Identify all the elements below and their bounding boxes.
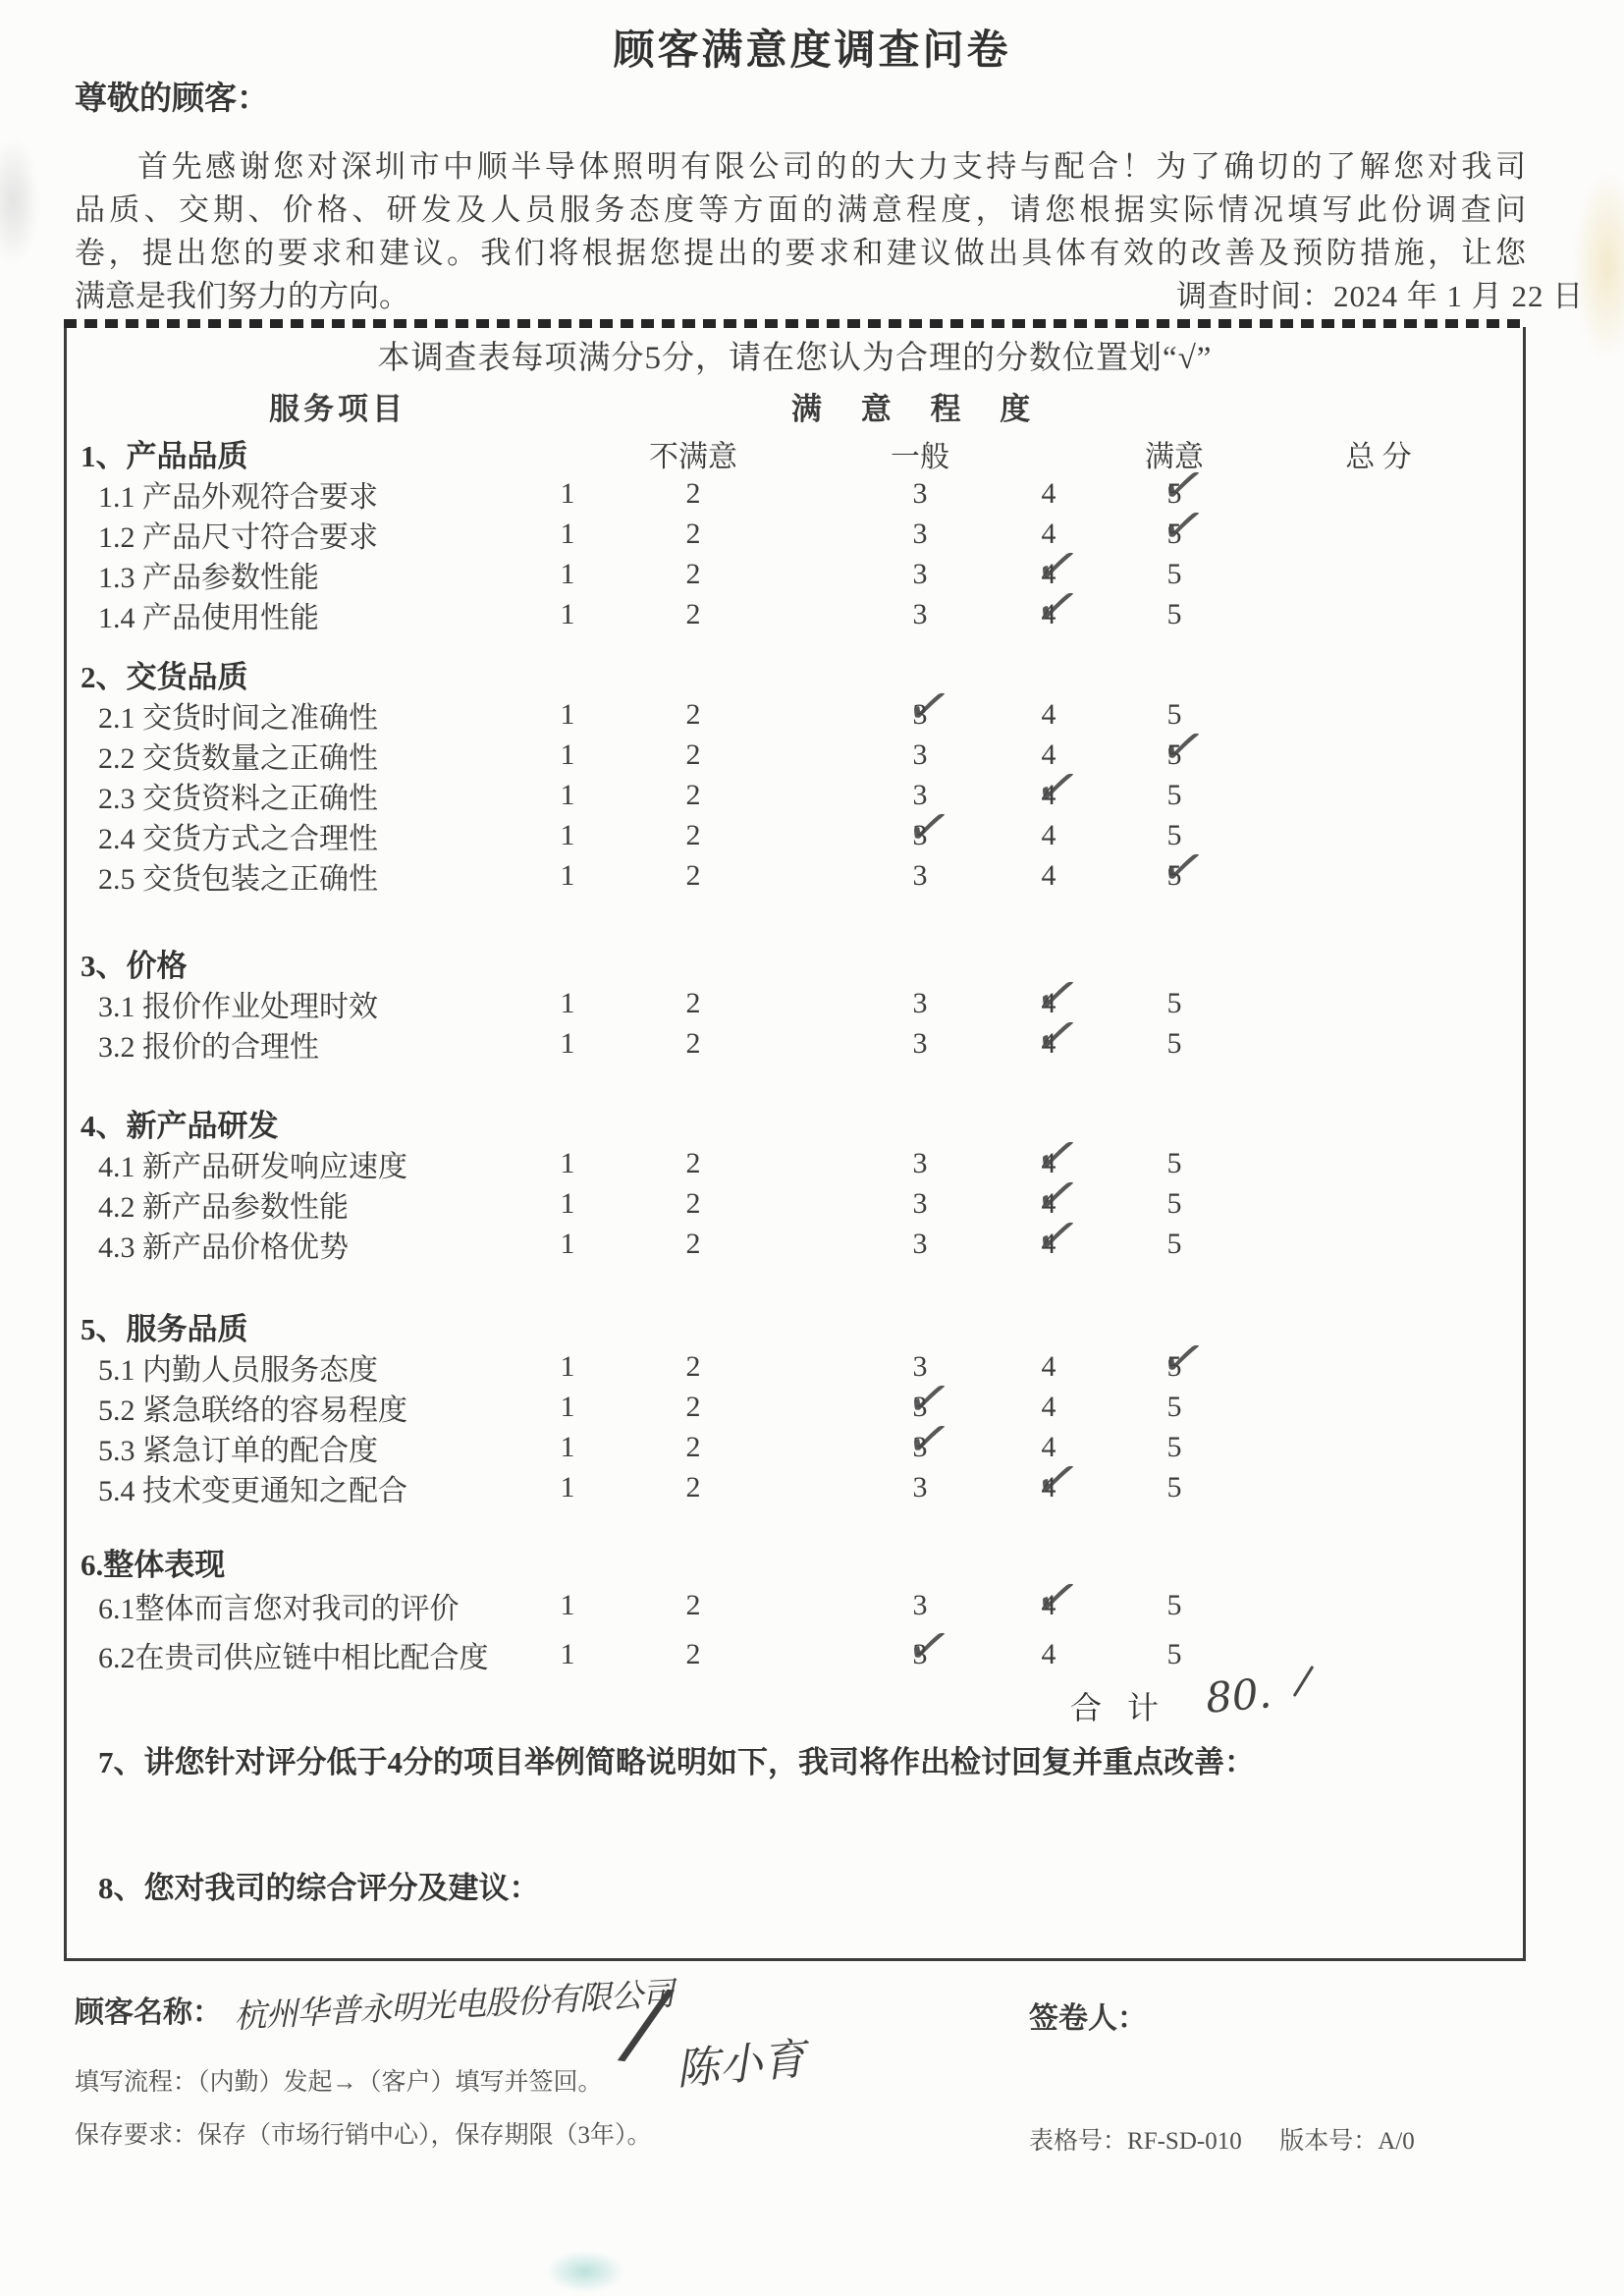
- score-cell: 2: [630, 518, 756, 551]
- score-number: 3: [913, 1147, 928, 1179]
- score-cell: 1: [505, 987, 630, 1020]
- column-label-neutral: 一般: [857, 432, 983, 475]
- score-cell: 1: [505, 598, 630, 631]
- score-cell: 4: [983, 1431, 1114, 1464]
- score-cell: 4✓: [983, 987, 1114, 1020]
- score-number: 2: [686, 1471, 701, 1503]
- scanned-survey-document: 顾客满意度调查问卷 尊敬的顾客： 首先感谢您对深圳市中顺半导体照明有限公司的的大…: [0, 0, 1624, 2296]
- score-number: 5: [1167, 1471, 1182, 1503]
- score-cell: 1: [505, 738, 630, 772]
- score-cell: 2: [630, 598, 756, 631]
- intro-line: 品质、交期、价格、研发及人员服务态度等方面的满意程度，请您根据实际情况填写此份调…: [75, 189, 1526, 232]
- score-number: 2: [686, 819, 701, 851]
- total-value-handwritten: 80.: [1204, 1668, 1273, 1722]
- score-number: 2: [686, 1350, 701, 1383]
- score-cell: 1: [505, 859, 630, 893]
- survey-section: 4、新产品研发4.1 新产品研发响应速度1234✓54.2 新产品参数性能123…: [67, 1101, 1523, 1263]
- score-number: 4: [1042, 738, 1056, 771]
- perforated-top-border: [64, 319, 1526, 328]
- score-cell: 4: [983, 698, 1114, 732]
- score-row: 5.1 内勤人员服务态度12345✓: [67, 1345, 1523, 1386]
- score-number: 1: [561, 1350, 575, 1383]
- score-cell: 3✓: [857, 819, 983, 852]
- score-row: 2.1 交货时间之准确性123✓45: [67, 693, 1523, 734]
- score-cell: 5✓: [1114, 859, 1234, 893]
- score-number: 5: [1167, 1391, 1182, 1423]
- score-cell: 4: [983, 1350, 1114, 1384]
- score-cell: 2: [630, 859, 756, 893]
- score-cell: 1: [505, 1187, 630, 1221]
- score-number: 3: [913, 1471, 928, 1503]
- score-row: 4.1 新产品研发响应速度1234✓5: [67, 1142, 1523, 1182]
- score-cell: 5: [1114, 779, 1234, 812]
- page-title: 顾客满意度调查问卷: [0, 18, 1624, 77]
- scan-smudge: [0, 137, 39, 265]
- score-cell: 2: [630, 987, 756, 1020]
- total-label: 合计: [1070, 1683, 1184, 1728]
- score-number: 5: [1167, 1027, 1182, 1060]
- score-number: 4: [1042, 1228, 1056, 1260]
- score-number: 5: [1167, 819, 1182, 851]
- score-number: 5: [1167, 987, 1182, 1019]
- section-title: 5、服务品质: [67, 1304, 505, 1348]
- section-title: 1、产品品质: [67, 431, 505, 475]
- score-number: 3: [913, 1228, 928, 1260]
- score-cell: 1: [505, 1228, 630, 1261]
- retention-label: 保存要求：: [75, 2122, 197, 2149]
- section-header-row: 1、产品品质不满意一般满意总 分: [67, 431, 1523, 472]
- score-number: 4: [1042, 1027, 1056, 1060]
- score-cell: 3✓: [857, 698, 983, 732]
- score-number: 5: [1167, 779, 1182, 811]
- table-instruction: 本调查表每项满分5分，请在您认为合理的分数位置划“√”: [67, 337, 1523, 380]
- score-cell: 1: [505, 1638, 630, 1671]
- score-row: 5.3 紧急订单的配合度123✓45: [67, 1426, 1523, 1466]
- score-cell: 3: [857, 598, 983, 631]
- score-cell: 5: [1114, 558, 1234, 591]
- score-number: 5: [1167, 558, 1182, 590]
- score-cell: 5: [1114, 987, 1234, 1020]
- intro-line: 卷，提出您的要求和建议。我们将根据您提出的要求和建议做出具体有效的改善及预防措施…: [75, 232, 1526, 275]
- score-number: 4: [1042, 477, 1056, 510]
- score-number: 3: [913, 1589, 928, 1621]
- score-cell: 1: [505, 1027, 630, 1061]
- score-number: 3: [913, 738, 928, 771]
- question-7: 7、讲您针对评分低于4分的项目举例简略说明如下，我司将作出检讨回复并重点改善：: [67, 1738, 1523, 1779]
- score-cell: 3: [857, 1187, 983, 1221]
- score-cell: 2: [630, 1147, 756, 1180]
- score-number: 2: [686, 1638, 701, 1670]
- item-label: 2.2 交货数量之正确性: [67, 734, 505, 777]
- intro-line: 满意是我们努力的方向。 调查时间：2024 年 1 月 22 日: [75, 275, 1526, 318]
- item-label: 5.3 紧急订单的配合度: [67, 1426, 505, 1469]
- score-row: 4.3 新产品价格优势1234✓5: [67, 1223, 1523, 1263]
- score-row: 5.4 技术变更通知之配合1234✓5: [67, 1466, 1523, 1506]
- score-cell: 2: [630, 698, 756, 732]
- score-number: 3: [913, 1350, 928, 1383]
- score-number: 1: [561, 558, 575, 590]
- form-number-line: 表格号：RF-SD-010 版本号：A/0: [1029, 2121, 1415, 2157]
- score-cell: 2: [630, 1187, 756, 1221]
- item-label: 3.1 报价作业处理时效: [67, 982, 505, 1025]
- score-cell: 1: [505, 1391, 630, 1424]
- score-cell: 3: [857, 1589, 983, 1622]
- item-label: 1.2 产品尺寸符合要求: [67, 513, 505, 556]
- score-number: 2: [686, 859, 701, 892]
- score-cell: 5: [1114, 1187, 1234, 1221]
- score-cell: 5: [1114, 1471, 1234, 1504]
- score-number: 1: [561, 698, 575, 731]
- score-cell: 4✓: [983, 779, 1114, 812]
- score-cell: 3✓: [857, 1391, 983, 1424]
- score-cell: 5: [1114, 1147, 1234, 1180]
- score-cell: 4✓: [983, 1147, 1114, 1180]
- score-number: 3: [913, 598, 928, 630]
- score-number: 4: [1042, 819, 1056, 851]
- score-cell: 5✓: [1114, 477, 1234, 511]
- score-cell: 4✓: [983, 598, 1114, 631]
- score-number: 5: [1167, 1228, 1182, 1260]
- score-cell: 1: [505, 1471, 630, 1504]
- score-cell: 4: [983, 738, 1114, 772]
- score-cell: 3: [857, 738, 983, 772]
- score-number: 2: [686, 1431, 701, 1463]
- score-number: 2: [686, 598, 701, 630]
- score-cell: 1: [505, 477, 630, 511]
- score-number: 2: [686, 698, 701, 731]
- score-cell: 3: [857, 1471, 983, 1504]
- survey-section: 3、价格3.1 报价作业处理时效1234✓53.2 报价的合理性1234✓5: [67, 941, 1523, 1063]
- score-cell: 5: [1114, 1431, 1234, 1464]
- score-row: 2.3 交货资料之正确性1234✓5: [67, 774, 1523, 814]
- fill-process-line: 填写流程：（内勤）发起→（客户）填写并签回。: [75, 2062, 603, 2098]
- score-row: 1.4 产品使用性能1234✓5: [67, 593, 1523, 633]
- item-label: 1.3 产品参数性能: [67, 553, 505, 596]
- score-number: 2: [686, 1027, 701, 1060]
- score-number: 1: [561, 1471, 575, 1503]
- score-cell: 4✓: [983, 558, 1114, 591]
- score-cell: 5: [1114, 1228, 1234, 1261]
- score-cell: 4: [983, 1391, 1114, 1424]
- column-label-total: 总 分: [1234, 432, 1523, 475]
- form-no-value: RF-SD-010: [1127, 2128, 1242, 2155]
- score-number: 3: [913, 698, 928, 731]
- score-number: 4: [1042, 1589, 1056, 1621]
- score-cell: 3✓: [857, 1638, 983, 1671]
- item-label: 2.3 交货资料之正确性: [67, 774, 505, 817]
- score-cell: 2: [630, 738, 756, 772]
- score-number: 4: [1042, 1638, 1056, 1670]
- salutation: 尊敬的顾客：: [75, 73, 269, 119]
- score-cell: 3: [857, 779, 983, 812]
- section-title: 6.整体表现: [67, 1540, 505, 1584]
- item-label: 5.1 内勤人员服务态度: [67, 1345, 505, 1389]
- column-label-dissatisfied: 不满意: [630, 432, 756, 475]
- score-cell: 4✓: [983, 1228, 1114, 1261]
- score-cell: 2: [630, 1589, 756, 1622]
- total-row: 合计 80.: [67, 1679, 1523, 1721]
- form-no-label: 表格号：: [1029, 2128, 1127, 2155]
- score-cell: 1: [505, 1350, 630, 1384]
- score-cell: 5: [1114, 1589, 1234, 1622]
- score-cell: 4: [983, 1638, 1114, 1671]
- score-number: 3: [913, 987, 928, 1019]
- score-row: 5.2 紧急联络的容易程度123✓45: [67, 1386, 1523, 1426]
- score-number: 2: [686, 987, 701, 1019]
- scan-smudge: [546, 2251, 624, 2292]
- score-number: 3: [913, 779, 928, 811]
- score-table-body: 1、产品品质不满意一般满意总 分1.1 产品外观符合要求12345✓1.2 产品…: [67, 431, 1523, 1679]
- section-title: 4、新产品研发: [67, 1101, 505, 1145]
- score-number: 3: [913, 1391, 928, 1423]
- score-number: 4: [1042, 518, 1056, 550]
- score-number: 3: [913, 1027, 928, 1060]
- score-cell: 1: [505, 1589, 630, 1622]
- score-number: 1: [561, 987, 575, 1019]
- intro-line-text: 满意是我们努力的方向。: [75, 279, 409, 313]
- score-number: 4: [1042, 1391, 1056, 1423]
- score-cell: 4: [983, 859, 1114, 893]
- score-number: 1: [561, 819, 575, 851]
- item-label: 5.2 紧急联络的容易程度: [67, 1386, 505, 1429]
- score-number: 3: [913, 558, 928, 590]
- score-number: 2: [686, 1589, 701, 1621]
- score-number: 4: [1042, 1187, 1056, 1220]
- score-cell: 5✓: [1114, 1350, 1234, 1384]
- score-cell: 5: [1114, 819, 1234, 852]
- satisfaction-header: 满 意 程 度: [791, 384, 1046, 428]
- section-title: 2、交货品质: [67, 652, 505, 696]
- score-cell: 3: [857, 859, 983, 893]
- score-cell: 4✓: [983, 1027, 1114, 1061]
- retention-line: 保存要求：保存（市场行销中心），保存期限（3年）。: [75, 2115, 652, 2151]
- score-number: 2: [686, 518, 701, 550]
- item-label: 4.2 新产品参数性能: [67, 1182, 505, 1226]
- item-label: 6.2在贵司供应链中相比配合度: [67, 1633, 505, 1676]
- score-cell: 2: [630, 477, 756, 511]
- score-cell: 4✓: [983, 1471, 1114, 1504]
- score-number: 5: [1167, 698, 1182, 731]
- score-number: 3: [913, 477, 928, 510]
- score-cell: 2: [630, 819, 756, 852]
- score-number: 2: [686, 779, 701, 811]
- signature-handwriting: 陈小育: [673, 2023, 807, 2097]
- survey-section: 2、交货品质2.1 交货时间之准确性123✓452.2 交货数量之正确性1234…: [67, 652, 1523, 895]
- score-cell: 3: [857, 558, 983, 591]
- score-number: 1: [561, 1187, 575, 1220]
- score-cell: 2: [630, 1027, 756, 1061]
- score-number: 2: [686, 477, 701, 510]
- fill-process-text: （内勤）发起→（客户）填写并签回。: [197, 2069, 603, 2096]
- score-number: 2: [686, 558, 701, 590]
- score-number: 3: [913, 1431, 928, 1463]
- score-number: 1: [561, 518, 575, 550]
- survey-section: 1、产品品质不满意一般满意总 分1.1 产品外观符合要求12345✓1.2 产品…: [67, 431, 1523, 633]
- score-number: 4: [1042, 1471, 1056, 1503]
- item-label: 2.4 交货方式之合理性: [67, 814, 505, 857]
- section-header-row: 4、新产品研发: [67, 1101, 1523, 1142]
- score-row: 1.1 产品外观符合要求12345✓: [67, 472, 1523, 513]
- score-cell: 2: [630, 1431, 756, 1464]
- section-title: 3、价格: [67, 941, 505, 985]
- signer-label: 签卷人：: [1029, 1994, 1147, 2037]
- score-cell: 2: [630, 1228, 756, 1261]
- score-number: 3: [913, 1638, 928, 1670]
- score-row: 2.4 交货方式之合理性123✓45: [67, 814, 1523, 854]
- score-cell: 1: [505, 558, 630, 591]
- score-cell: 5: [1114, 598, 1234, 631]
- item-label: 3.2 报价的合理性: [67, 1022, 505, 1066]
- score-number: 1: [561, 1589, 575, 1621]
- section-header-row: 6.整体表现: [67, 1540, 1523, 1581]
- item-label: 1.1 产品外观符合要求: [67, 472, 505, 516]
- item-label: 6.1整体而言您对我司的评价: [67, 1584, 505, 1627]
- item-label: 2.5 交货包装之正确性: [67, 854, 505, 898]
- score-number: 4: [1042, 1350, 1056, 1383]
- score-number: 4: [1042, 1431, 1056, 1463]
- score-number: 5: [1167, 518, 1182, 550]
- score-row: 2.2 交货数量之正确性12345✓: [67, 734, 1523, 774]
- score-number: 2: [686, 1391, 701, 1423]
- score-cell: 5: [1114, 1638, 1234, 1671]
- version-value: A/0: [1378, 2128, 1415, 2155]
- score-cell: 3: [857, 1350, 983, 1384]
- score-cell: 5✓: [1114, 518, 1234, 551]
- score-number: 3: [913, 518, 928, 550]
- survey-section: 6.整体表现6.1整体而言您对我司的评价1234✓56.2在贵司供应链中相比配合…: [67, 1540, 1523, 1679]
- score-row: 3.2 报价的合理性1234✓5: [67, 1022, 1523, 1063]
- section-header-row: 5、服务品质: [67, 1304, 1523, 1345]
- score-number: 1: [561, 859, 575, 892]
- score-cell: 5: [1114, 1027, 1234, 1061]
- score-number: 2: [686, 1228, 701, 1260]
- score-number: 1: [561, 1228, 575, 1260]
- section-header-row: 2、交货品质: [67, 652, 1523, 693]
- score-number: 1: [561, 779, 575, 811]
- score-number: 4: [1042, 987, 1056, 1019]
- score-number: 1: [561, 598, 575, 630]
- survey-table-box: 本调查表每项满分5分，请在您认为合理的分数位置划“√” 服务项目 满 意 程 度…: [64, 327, 1526, 1961]
- item-label: 4.3 新产品价格优势: [67, 1223, 505, 1266]
- question-8: 8、您对我司的综合评分及建议：: [67, 1864, 1523, 1905]
- score-number: 5: [1167, 738, 1182, 771]
- score-cell: 5✓: [1114, 738, 1234, 772]
- score-cell: 4✓: [983, 1187, 1114, 1221]
- customer-name-handwriting: 杭州华普永明光电股份有限公司: [233, 1968, 675, 2037]
- score-number: 5: [1167, 1431, 1182, 1463]
- table-header-row: 服务项目 满 意 程 度: [67, 380, 1523, 427]
- survey-section: 5、服务品质5.1 内勤人员服务态度12345✓5.2 紧急联络的容易程度123…: [67, 1304, 1523, 1506]
- item-label: 5.4 技术变更通知之配合: [67, 1466, 505, 1509]
- score-row: 6.1整体而言您对我司的评价1234✓5: [67, 1581, 1523, 1630]
- score-cell: 3: [857, 1027, 983, 1061]
- score-cell: 3: [857, 518, 983, 551]
- score-number: 4: [1042, 598, 1056, 630]
- item-label: 2.1 交货时间之准确性: [67, 693, 505, 737]
- score-cell: 1: [505, 518, 630, 551]
- score-number: 3: [913, 1187, 928, 1220]
- score-number: 5: [1167, 1147, 1182, 1179]
- score-number: 5: [1167, 1187, 1182, 1220]
- score-number: 1: [561, 1391, 575, 1423]
- score-number: 4: [1042, 779, 1056, 811]
- scan-smudge: [1573, 167, 1624, 363]
- score-cell: 4: [983, 518, 1114, 551]
- score-number: 5: [1167, 598, 1182, 630]
- score-cell: 1: [505, 779, 630, 812]
- fill-process-label: 填写流程：: [75, 2069, 197, 2096]
- customer-name-label: 顾客名称：: [75, 1988, 222, 2031]
- score-number: 5: [1167, 477, 1182, 510]
- score-cell: 4: [983, 477, 1114, 511]
- score-cell: 1: [505, 819, 630, 852]
- score-number: 4: [1042, 859, 1056, 892]
- score-cell: 2: [630, 779, 756, 812]
- score-cell: 3: [857, 1228, 983, 1261]
- score-number: 1: [561, 738, 575, 771]
- score-cell: 2: [630, 1471, 756, 1504]
- score-number: 4: [1042, 1147, 1056, 1179]
- score-row: 1.3 产品参数性能1234✓5: [67, 553, 1523, 593]
- item-label: 1.4 产品使用性能: [67, 593, 505, 636]
- score-number: 5: [1167, 859, 1182, 892]
- score-number: 1: [561, 1027, 575, 1060]
- score-cell: 2: [630, 1638, 756, 1671]
- score-number: 1: [561, 1147, 575, 1179]
- score-cell: 2: [630, 1350, 756, 1384]
- score-row: 6.2在贵司供应链中相比配合度123✓45: [67, 1630, 1523, 1679]
- item-label: 4.1 新产品研发响应速度: [67, 1142, 505, 1185]
- score-number: 1: [561, 1638, 575, 1670]
- score-cell: 2: [630, 1391, 756, 1424]
- score-cell: 3: [857, 477, 983, 511]
- score-cell: 5: [1114, 698, 1234, 732]
- score-cell: 3: [857, 1147, 983, 1180]
- score-number: 3: [913, 859, 928, 892]
- score-cell: 3: [857, 987, 983, 1020]
- score-number: 2: [686, 1147, 701, 1179]
- score-number: 4: [1042, 698, 1056, 731]
- score-cell: 1: [505, 1431, 630, 1464]
- score-row: 2.5 交货包装之正确性12345✓: [67, 854, 1523, 895]
- score-number: 4: [1042, 558, 1056, 590]
- score-number: 3: [913, 819, 928, 851]
- column-label-satisfied: 满意: [1114, 432, 1234, 475]
- score-cell: 3✓: [857, 1431, 983, 1464]
- retention-text: 保存（市场行销中心），保存期限（3年）。: [197, 2122, 652, 2149]
- survey-date: 调查时间：2024 年 1 月 22 日: [1176, 275, 1584, 318]
- version-label: 版本号：: [1279, 2128, 1378, 2155]
- score-number: 5: [1167, 1589, 1182, 1621]
- section-header-row: 3、价格: [67, 941, 1523, 982]
- score-cell: 4: [983, 819, 1114, 852]
- score-cell: 2: [630, 558, 756, 591]
- score-cell: 1: [505, 698, 630, 732]
- score-number: 2: [686, 1187, 701, 1220]
- intro-paragraph: 首先感谢您对深圳市中顺半导体照明有限公司的的大力支持与配合！为了确切的了解您对我…: [75, 145, 1526, 318]
- score-number: 1: [561, 477, 575, 510]
- score-row: 1.2 产品尺寸符合要求12345✓: [67, 513, 1523, 553]
- score-cell: 1: [505, 1147, 630, 1180]
- score-cell: 5: [1114, 1391, 1234, 1424]
- score-number: 1: [561, 1431, 575, 1463]
- score-row: 4.2 新产品参数性能1234✓5: [67, 1182, 1523, 1223]
- score-number: 2: [686, 738, 701, 771]
- score-cell: 4✓: [983, 1589, 1114, 1622]
- score-row: 3.1 报价作业处理时效1234✓5: [67, 982, 1523, 1022]
- score-number: 5: [1167, 1638, 1182, 1670]
- intro-line: 首先感谢您对深圳市中顺半导体照明有限公司的的大力支持与配合！为了确切的了解您对我…: [75, 145, 1526, 189]
